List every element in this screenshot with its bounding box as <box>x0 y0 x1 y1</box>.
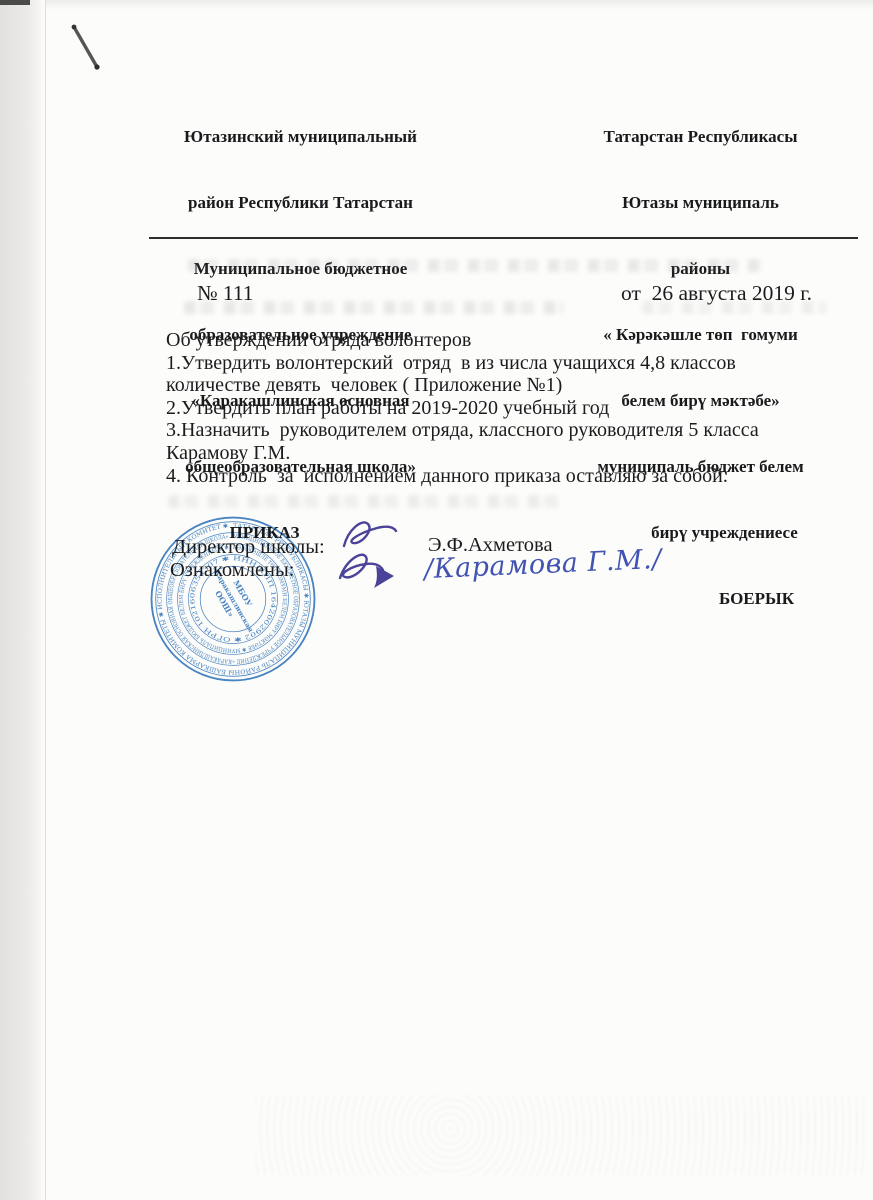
order-item: количестве девять человек ( Приложение №… <box>166 374 759 397</box>
scanned-order-document: Ютазинский муниципальный район Республик… <box>0 0 873 1200</box>
bleedthrough-text <box>168 495 568 508</box>
order-item: 1.Утвердить волонтерский отряд в из числ… <box>166 352 759 375</box>
official-round-stamp: ТАТАРСТАН РЕСПУБЛИКАСЫ ✱ ЮТАЗЫ МУНИЦИПАЛ… <box>145 515 321 683</box>
scan-corner-artifact <box>0 0 30 5</box>
letterhead-line: Татарстан Республикасы <box>548 126 853 148</box>
order-number: № 111 <box>197 281 254 306</box>
pen-mark <box>68 20 104 76</box>
order-body: Об утверждении отряда волонтеров 1.Утвер… <box>166 329 759 487</box>
scanner-edge-strip <box>0 0 46 1200</box>
order-item: Карамову Г.М. <box>166 442 759 465</box>
acknowledged-signature-flourish <box>330 546 402 594</box>
order-item: 4. Контроль за исполнением данного прика… <box>166 465 759 488</box>
order-subject: Об утверждении отряда волонтеров <box>166 329 759 352</box>
order-item: 3.Назначить руководителем отряда, классн… <box>166 419 759 442</box>
letterhead-divider <box>149 237 858 239</box>
bleedthrough-noise <box>255 1095 865 1175</box>
order-item: 2.Утвердить план работы на 2019-2020 уче… <box>166 397 759 420</box>
order-date: от 26 августа 2019 г. <box>621 281 812 306</box>
bleedthrough-text <box>188 259 763 272</box>
letterhead-line: Ютазы муниципаль <box>548 192 853 214</box>
letterhead-line: бирү учреждениесе <box>548 522 853 544</box>
letterhead-line: Ютазинский муниципальный <box>148 126 453 148</box>
scan-shading <box>0 0 873 10</box>
letterhead-line: район Республики Татарстан <box>148 192 453 214</box>
document-type-tatar: БОЕРЫК <box>548 588 853 610</box>
